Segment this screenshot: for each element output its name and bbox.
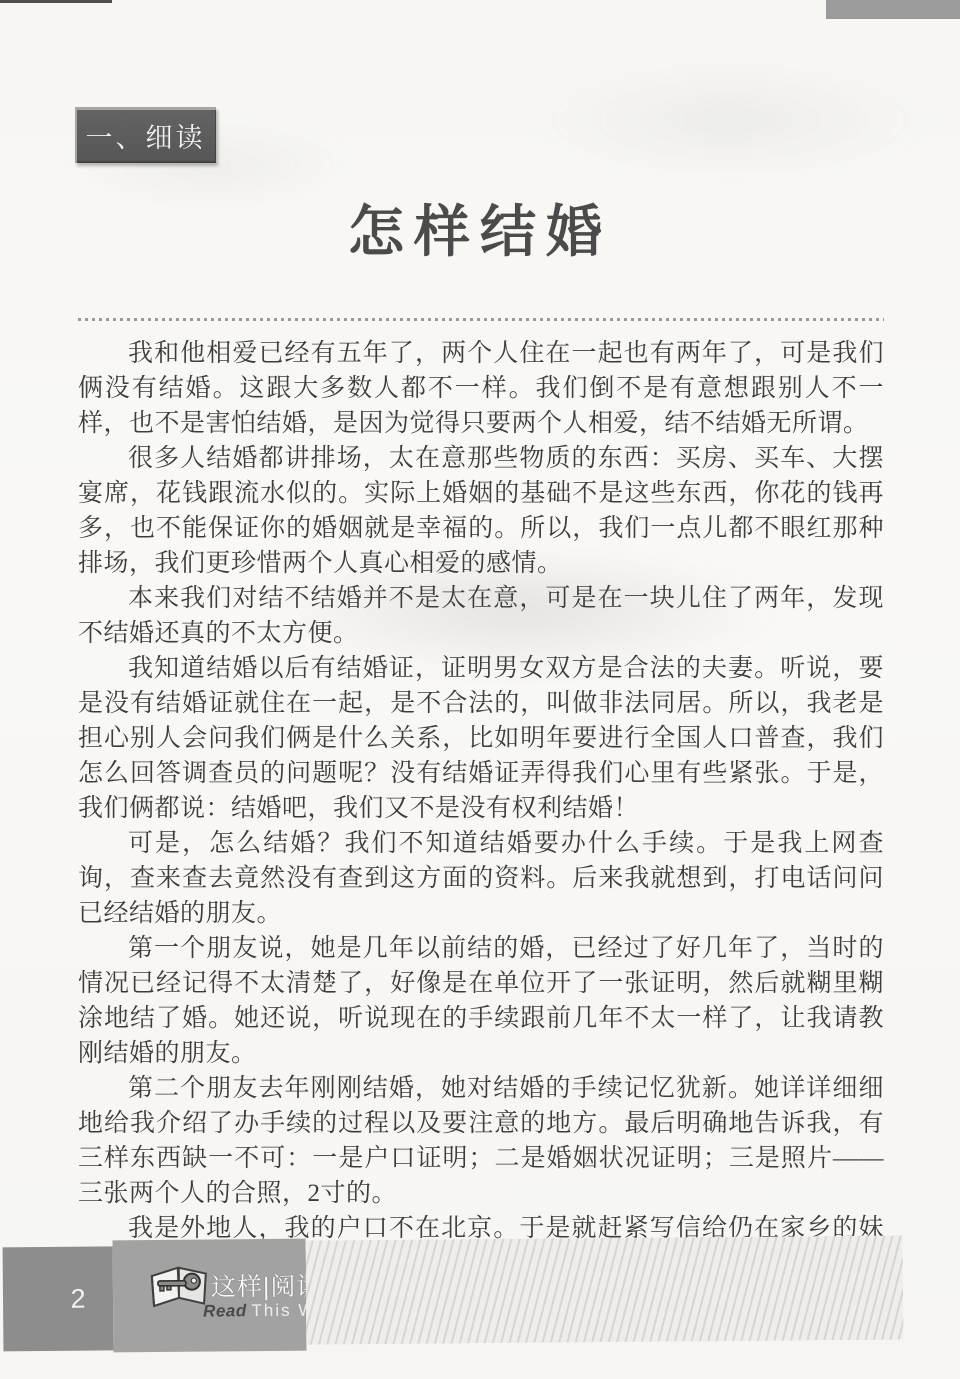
book-key-icon <box>148 1262 210 1315</box>
section-badge: 一、细读 <box>75 107 216 163</box>
article-title: 怎样结婚 <box>0 188 960 260</box>
paragraph: 我和他相爱已经有五年了，两个人住在一起也有两年了，可是我们俩没有结婚。这跟大多数… <box>78 336 884 441</box>
series-logo-block: 这样|阅读 Read This Way <box>113 1239 307 1353</box>
article-body: 我和他相爱已经有五年了，两个人住在一起也有两年了，可是我们俩没有结婚。这跟大多数… <box>78 336 884 1316</box>
paragraph: 第一个朋友说，她是几年以前结的婚，已经过了好几年了，当时的情况已经记得不太清楚了… <box>78 931 884 1071</box>
paragraph: 很多人结婚都讲排场，太在意那些物质的东西：买房、买车、大摆宴席，花钱跟流水似的。… <box>78 441 884 581</box>
series-logo-en-bold: Read <box>203 1301 247 1320</box>
series-logo-cn-text: 这样|阅读 <box>211 1267 306 1304</box>
scan-corner-block <box>826 0 960 19</box>
paragraph: 我知道结婚以后有结婚证，证明男女双方是合法的夫妻。听说，要是没有结婚证就住在一起… <box>78 651 884 826</box>
dotted-divider <box>78 318 884 321</box>
paragraph: 本来我们对结不结婚并不是太在意，可是在一块儿住了两年，发现不结婚还真的不太方便。 <box>78 581 884 651</box>
paragraph: 可是，怎么结婚？我们不知道结婚要办什么手续。于是我上网查询，查来查去竟然没有查到… <box>78 826 884 931</box>
page-number-block: 2 <box>3 1246 114 1351</box>
scan-edge-mark <box>0 0 112 3</box>
section-badge-label: 一、细读 <box>86 116 206 155</box>
footer-hatched-band <box>306 1235 904 1344</box>
page-showthrough-smudge <box>520 60 940 180</box>
paragraph: 第二个朋友去年刚刚结婚，她对结婚的手续记忆犹新。她详详细细地给我介绍了办手续的过… <box>78 1071 884 1211</box>
page-number: 2 <box>70 1284 85 1314</box>
scanned-textbook-page: 一、细读 怎样结婚 我和他相爱已经有五年了，两个人住在一起也有两年了，可是我们俩… <box>0 0 960 1379</box>
footer-band: 2 这样|阅读 Read This Way <box>0 1233 960 1356</box>
